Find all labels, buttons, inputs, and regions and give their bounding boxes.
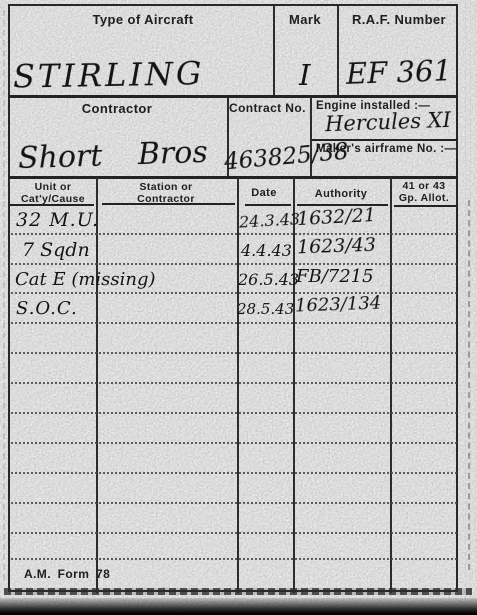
scanned-form-am78: Type of Aircraft Mark R.A.F. Number STIR… <box>0 0 477 615</box>
scan-grit-bottom-border <box>4 588 472 595</box>
row4-unit: S.O.C. <box>16 298 78 319</box>
row4-authority: 1623/134 <box>295 293 382 317</box>
scan-streaks <box>461 0 477 600</box>
rule-dotted-3 <box>11 292 457 294</box>
col-header-unit-line1: Unit or <box>35 181 72 193</box>
divider-type-mark <box>273 4 275 97</box>
mark-value-handwritten: I <box>299 58 310 92</box>
col-header-station: Station or Contractor <box>137 181 195 205</box>
rule-dotted-6 <box>11 382 457 384</box>
row2-unit: 7 Sqdn <box>22 239 90 261</box>
col-header-allot-line2: Gp. Allot. <box>399 192 449 204</box>
rule-dotted-4 <box>11 322 457 324</box>
divider-mark-raf <box>337 4 339 97</box>
col-header-station-line1: Station or <box>139 181 192 193</box>
col-header-unit: Unit or Cat'y/Cause <box>21 181 85 205</box>
row1-authority: 1632/21 <box>296 204 376 230</box>
col-divider-3 <box>293 177 295 593</box>
row3-date: 26.5.43 <box>238 270 299 289</box>
form-number-label: A.M. Form 78 <box>24 567 110 581</box>
col-divider-2 <box>237 177 239 593</box>
mark-label: Mark <box>289 12 321 27</box>
col-divider-4 <box>390 177 392 593</box>
scanner-edge-shadow <box>0 598 477 615</box>
contract-no-label: Contract No. <box>229 101 306 115</box>
engine-value-handwritten: Hercules XI <box>325 108 452 136</box>
raf-number-label: R.A.F. Number <box>352 12 446 27</box>
rule-dotted-11 <box>11 532 457 534</box>
scan-edge-artifact-left <box>3 10 5 580</box>
rule-dotted-7 <box>11 412 457 414</box>
row3-authority: FB/7215 <box>296 266 374 287</box>
row3-unit: Cat E (missing) <box>15 269 156 290</box>
col-header-date: Date <box>251 187 276 199</box>
rule-dotted-9 <box>11 472 457 474</box>
rule-dotted-5 <box>11 352 457 354</box>
header-underline-3 <box>245 204 291 206</box>
row4-date: 28.5.43 <box>237 300 294 318</box>
col-header-allot: 41 or 43 Gp. Allot. <box>399 180 449 204</box>
row1-date: 24.3.43 <box>239 209 301 231</box>
type-of-aircraft-label: Type of Aircraft <box>92 12 193 27</box>
contractor-label: Contractor <box>82 101 152 116</box>
rule-dotted-12 <box>11 558 457 560</box>
col-divider-1 <box>96 177 98 593</box>
contractor-value-handwritten: Short Bros <box>17 135 208 177</box>
col-header-allot-line1: 41 or 43 <box>403 180 446 192</box>
type-value-handwritten: STIRLING <box>13 54 205 95</box>
rule-under-title-row <box>8 95 458 98</box>
header-underline-5 <box>394 205 458 207</box>
row1-unit: 32 M.U. <box>16 209 99 231</box>
header-underline-1 <box>10 204 94 206</box>
header-underline-2 <box>102 203 235 205</box>
rule-dotted-2 <box>11 263 457 265</box>
rule-dotted-10 <box>11 502 457 504</box>
col-header-authority: Authority <box>315 188 367 200</box>
row2-authority: 1623/43 <box>297 234 377 259</box>
raf-number-value-handwritten: EF 361 <box>345 53 452 91</box>
rule-dotted-1 <box>11 233 457 235</box>
row2-date: 4.4.43 <box>241 241 292 260</box>
rule-dotted-8 <box>11 442 457 444</box>
